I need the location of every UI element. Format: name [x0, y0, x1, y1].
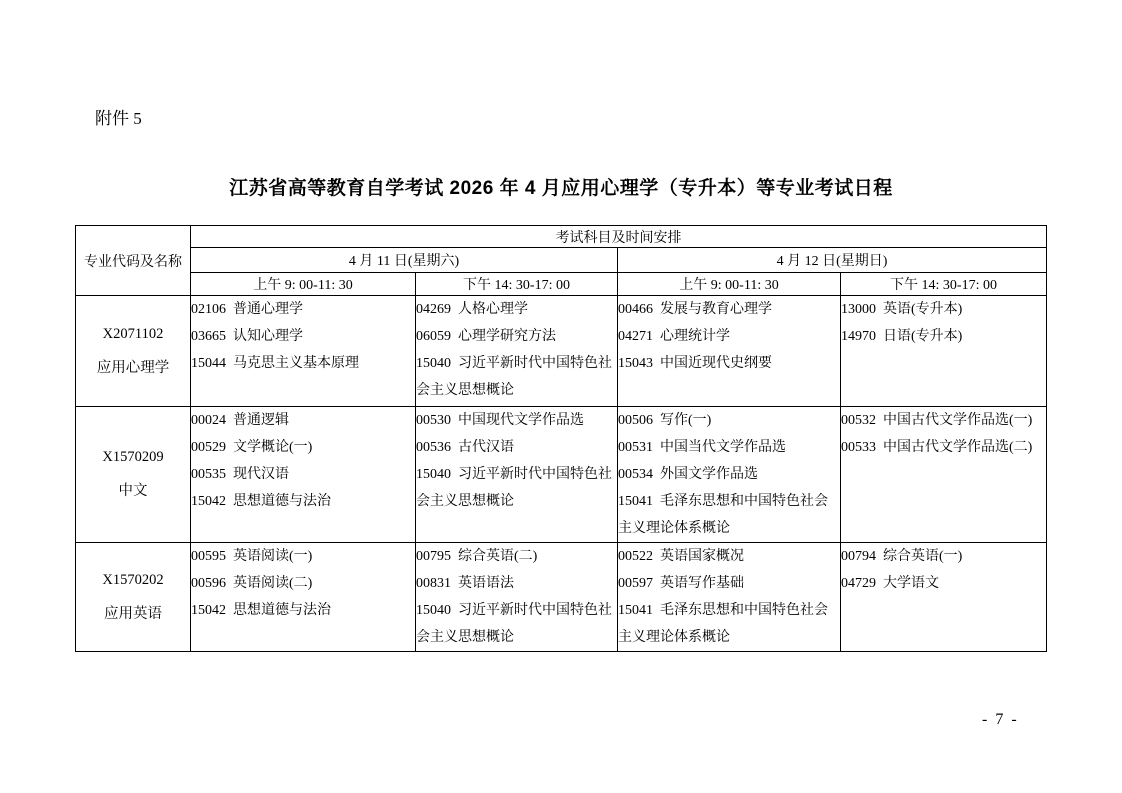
column-header-major-code-name: 专业代码及名称	[76, 226, 191, 296]
course-entry: 14970 日语(专升本)	[841, 323, 1046, 350]
course-entry: 00531 中国当代文学作品选	[618, 434, 840, 461]
course-entry: 00596 英语阅读(二)	[191, 570, 415, 597]
major-name: 应用英语	[76, 602, 190, 623]
course-entry: 00522 英语国家概况	[618, 543, 840, 570]
major-cell: X1570209 中文	[76, 407, 191, 543]
course-entry: 00595 英语阅读(一)	[191, 543, 415, 570]
table-row-applied-psychology: X2071102 应用心理学 02106 普通心理学03665 认知心理学150…	[76, 296, 1047, 407]
course-entry: 00534 外国文学作品选	[618, 461, 840, 488]
session-cell-sun-pm: 13000 英语(专升本)14970 日语(专升本)	[841, 296, 1047, 407]
header-row-dates: 4 月 11 日(星期六) 4 月 12 日(星期日)	[76, 248, 1047, 273]
page-number: - 7 -	[982, 711, 1019, 729]
course-entry: 04271 心理统计学	[618, 323, 840, 350]
session-cell-sun-am: 00522 英语国家概况00597 英语写作基础15041 毛泽东思想和中国特色…	[618, 543, 841, 652]
column-header-exam-subjects-schedule: 考试科目及时间安排	[191, 226, 1047, 248]
date-header-april-12: 4 月 12 日(星期日)	[618, 248, 1047, 273]
course-entry: 15042 思想道德与法治	[191, 597, 415, 624]
session-cell-sun-am: 00466 发展与教育心理学04271 心理统计学15043 中国近现代史纲要	[618, 296, 841, 407]
course-entry: 15044 马克思主义基本原理	[191, 350, 415, 377]
course-entry: 15040 习近平新时代中国特色社会主义思想概论	[416, 597, 617, 651]
course-entry: 00794 综合英语(一)	[841, 543, 1046, 570]
session-cell-sat-pm: 00795 综合英语(二)00831 英语语法15040 习近平新时代中国特色社…	[416, 543, 618, 652]
session-cell-sun-pm: 00532 中国古代文学作品选(一)00533 中国古代文学作品选(二)	[841, 407, 1047, 543]
course-entry: 15042 思想道德与法治	[191, 488, 415, 515]
course-entry: 00533 中国古代文学作品选(二)	[841, 434, 1046, 461]
time-header-am-12: 上午 9: 00-11: 30	[618, 273, 841, 296]
course-entry: 15041 毛泽东思想和中国特色社会主义理论体系概论	[618, 597, 840, 651]
attachment-label: 附件 5	[95, 108, 142, 130]
table-row-chinese: X1570209 中文 00024 普通逻辑00529 文学概论(一)00535…	[76, 407, 1047, 543]
exam-schedule-table: 专业代码及名称 考试科目及时间安排 4 月 11 日(星期六) 4 月 12 日…	[75, 225, 1047, 652]
header-row-times: 上午 9: 00-11: 30 下午 14: 30-17: 00 上午 9: 0…	[76, 273, 1047, 296]
course-entry: 00529 文学概论(一)	[191, 434, 415, 461]
course-entry: 15043 中国近现代史纲要	[618, 350, 840, 377]
course-entry: 00795 综合英语(二)	[416, 543, 617, 570]
page-title: 江苏省高等教育自学考试 2026 年 4 月应用心理学（专升本）等专业考试日程	[0, 173, 1122, 200]
course-entry: 00831 英语语法	[416, 570, 617, 597]
major-name: 应用心理学	[76, 356, 190, 377]
course-entry: 15041 毛泽东思想和中国特色社会主义理论体系概论	[618, 488, 840, 542]
course-entry: 13000 英语(专升本)	[841, 296, 1046, 323]
course-entry: 00532 中国古代文学作品选(一)	[841, 407, 1046, 434]
course-entry: 04729 大学语文	[841, 570, 1046, 597]
major-cell: X2071102 应用心理学	[76, 296, 191, 407]
major-code: X2071102	[76, 326, 190, 343]
course-entry: 00530 中国现代文学作品选	[416, 407, 617, 434]
session-cell-sun-pm: 00794 综合英语(一)04729 大学语文	[841, 543, 1047, 652]
course-entry: 00597 英语写作基础	[618, 570, 840, 597]
course-entry: 15040 习近平新时代中国特色社会主义思想概论	[416, 461, 617, 515]
course-entry: 00466 发展与教育心理学	[618, 296, 840, 323]
major-name: 中文	[76, 479, 190, 500]
course-entry: 03665 认知心理学	[191, 323, 415, 350]
course-entry: 00024 普通逻辑	[191, 407, 415, 434]
time-header-pm-12: 下午 14: 30-17: 00	[841, 273, 1047, 296]
major-cell: X1570202 应用英语	[76, 543, 191, 652]
major-code: X1570202	[76, 572, 190, 589]
time-header-pm-11: 下午 14: 30-17: 00	[416, 273, 618, 296]
document-page: 附件 5 江苏省高等教育自学考试 2026 年 4 月应用心理学（专升本）等专业…	[0, 0, 1122, 793]
date-header-april-11: 4 月 11 日(星期六)	[191, 248, 618, 273]
header-row-subjects: 专业代码及名称 考试科目及时间安排	[76, 226, 1047, 248]
table-row-applied-english: X1570202 应用英语 00595 英语阅读(一)00596 英语阅读(二)…	[76, 543, 1047, 652]
time-header-am-11: 上午 9: 00-11: 30	[191, 273, 416, 296]
session-cell-sat-am: 02106 普通心理学03665 认知心理学15044 马克思主义基本原理	[191, 296, 416, 407]
session-cell-sun-am: 00506 写作(一)00531 中国当代文学作品选00534 外国文学作品选1…	[618, 407, 841, 543]
course-entry: 06059 心理学研究方法	[416, 323, 617, 350]
course-entry: 00506 写作(一)	[618, 407, 840, 434]
course-entry: 02106 普通心理学	[191, 296, 415, 323]
session-cell-sat-am: 00595 英语阅读(一)00596 英语阅读(二)15042 思想道德与法治	[191, 543, 416, 652]
course-entry: 00536 古代汉语	[416, 434, 617, 461]
major-code: X1570209	[76, 449, 190, 466]
course-entry: 15040 习近平新时代中国特色社会主义思想概论	[416, 350, 617, 404]
session-cell-sat-am: 00024 普通逻辑00529 文学概论(一)00535 现代汉语15042 思…	[191, 407, 416, 543]
session-cell-sat-pm: 00530 中国现代文学作品选00536 古代汉语15040 习近平新时代中国特…	[416, 407, 618, 543]
course-entry: 04269 人格心理学	[416, 296, 617, 323]
session-cell-sat-pm: 04269 人格心理学06059 心理学研究方法15040 习近平新时代中国特色…	[416, 296, 618, 407]
course-entry: 00535 现代汉语	[191, 461, 415, 488]
